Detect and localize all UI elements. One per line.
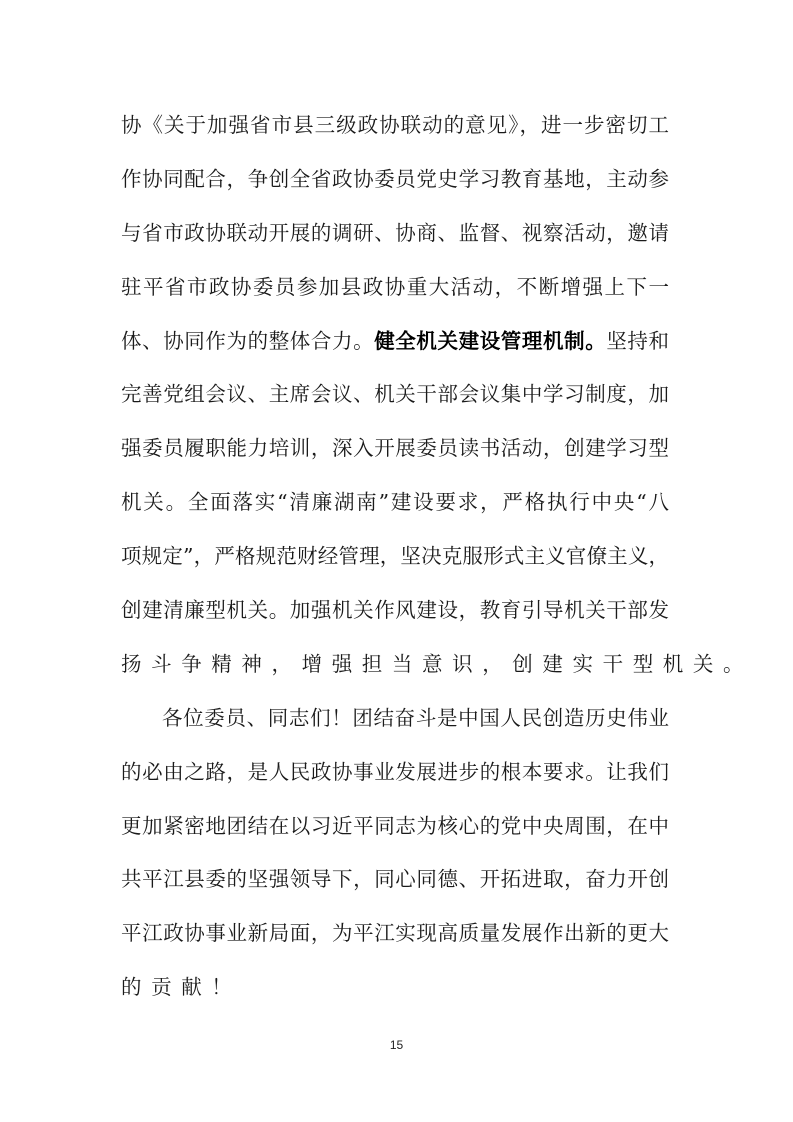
text-line: 创建清廉型机关。加强机关作风建设，教育引导机关干部发 — [121, 593, 669, 647]
text-line: 平江政协事业新局面，为平江实现高质量发展作出新的更大 — [121, 916, 669, 970]
text-line: 项规定”，严格规范财经管理，坚决克服形式主义官僚主义， — [121, 539, 669, 593]
page-number: 15 — [0, 1038, 793, 1052]
text-run: 坚持和 — [606, 329, 669, 353]
text-line: 的必由之路，是人民政协事业发展进步的根本要求。让我们 — [121, 755, 669, 809]
paragraph-closing-appeal: 各位委员、同志们！团结奋斗是中国人民创造历史伟业 的必由之路，是人民政协事业发展… — [121, 701, 669, 1024]
text-line: 各位委员、同志们！团结奋斗是中国人民创造历史伟业 — [121, 701, 669, 755]
text-line: 作协同配合，争创全省政协委员党史学习教育基地，主动参 — [121, 162, 669, 216]
text-line-with-heading: 体、协同作为的整体合力。健全机关建设管理机制。坚持和 — [121, 324, 669, 378]
text-run: 体、协同作为的整体合力。 — [121, 329, 374, 353]
text-line: 完善党组会议、主席会议、机关干部会议集中学习制度，加 — [121, 377, 669, 431]
document-body: 协《关于加强省市县三级政协联动的意见》，进一步密切工 作协同配合，争创全省政协委… — [121, 108, 669, 1024]
text-line: 与省市政协联动开展的调研、协商、监督、视察活动，邀请 — [121, 216, 669, 270]
text-line: 扬斗争精神，增强担当意识，创建实干型机关。 — [121, 647, 669, 701]
text-line: 更加紧密地团结在以习近平同志为核心的党中央周围，在中 — [121, 809, 669, 863]
text-line: 机关。全面落实“清廉湖南”建设要求，严格执行中央“八 — [121, 485, 669, 539]
text-line: 强委员履职能力培训，深入开展委员读书活动，创建学习型 — [121, 431, 669, 485]
text-line: 驻平省市政协委员参加县政协重大活动，不断增强上下一 — [121, 270, 669, 324]
bold-subheading: 健全机关建设管理机制。 — [374, 329, 606, 353]
text-line: 共平江县委的坚强领导下，同心同德、开拓进取，奋力开创 — [121, 862, 669, 916]
document-page: 协《关于加强省市县三级政协联动的意见》，进一步密切工 作协同配合，争创全省政协委… — [0, 0, 793, 1122]
text-line: 协《关于加强省市县三级政协联动的意见》，进一步密切工 — [121, 108, 669, 162]
paragraph-organization-building: 协《关于加强省市县三级政协联动的意见》，进一步密切工 作协同配合，争创全省政协委… — [121, 108, 669, 701]
text-line: 的贡献！ — [121, 970, 669, 1024]
